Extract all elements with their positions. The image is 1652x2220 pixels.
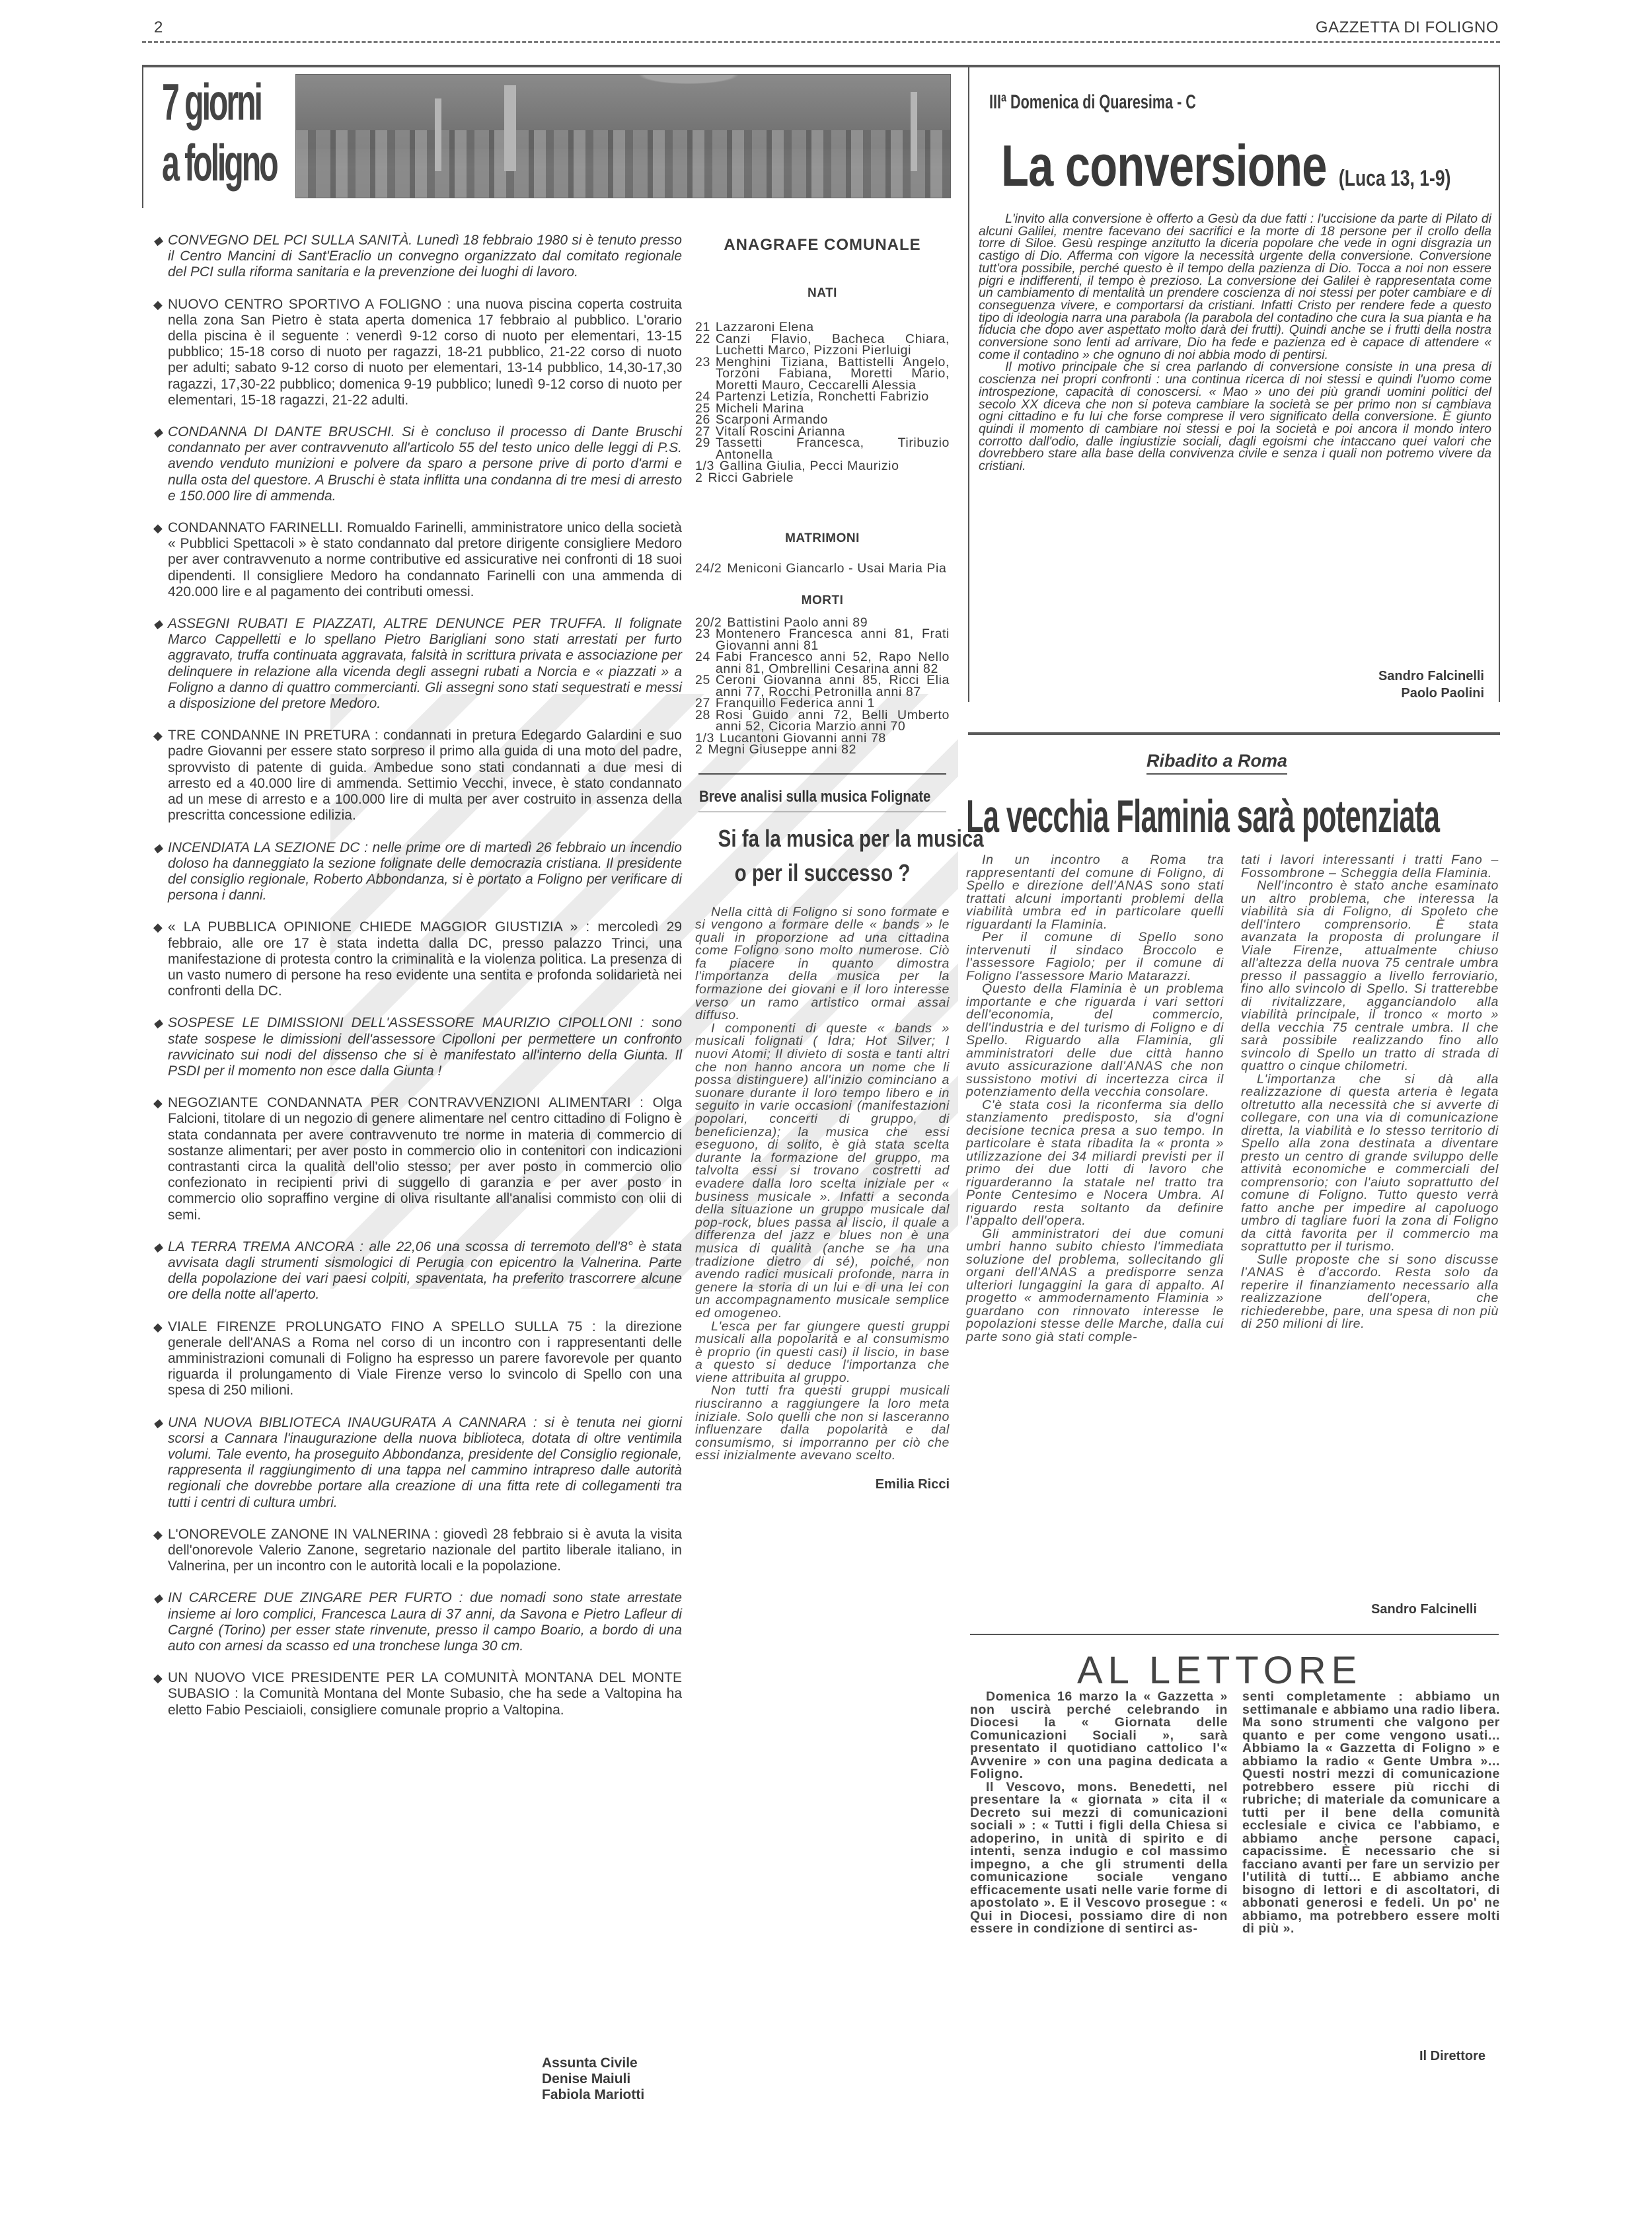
diamond-bullet-icon: ◆ <box>153 1590 163 1606</box>
entry-names: Menghini Tiziana, Battistelli Angelo, To… <box>716 357 950 392</box>
conversione-title-text: La conversione <box>1001 133 1327 198</box>
news-text: la Comunità Montana del Monte Subasio, c… <box>168 1686 682 1717</box>
diamond-bullet-icon: ◆ <box>153 840 163 856</box>
musica-paragraph: Nella città di Foligno si sono formate e… <box>695 906 950 1022</box>
lettore-signature: Il Direttore <box>1419 2049 1485 2064</box>
flaminia-paragraph: Questo della Flaminia è un problema impo… <box>966 983 1224 1099</box>
lettore-column-1: Domenica 16 marzo la « Gazzetta » non us… <box>970 1691 1228 1936</box>
news-item: ◆INCENDIATA LA SEZIONE DC : nelle prime … <box>153 840 682 904</box>
conversione-bottom-rule <box>968 732 1500 735</box>
matrimoni-list: 24/2Meniconi Giancarlo - Usai Maria Pia <box>695 563 950 575</box>
author-name: Assunta Civile <box>542 2055 644 2071</box>
giorni-title: 7 giorni a foligno <box>162 71 229 193</box>
entry-date: 23 <box>695 629 716 652</box>
entry-date: 2 <box>695 744 708 756</box>
news-text: Olga Falcioni, titolare di un negozio di… <box>168 1095 682 1222</box>
diamond-bullet-icon: ◆ <box>153 1239 163 1255</box>
entry-date: 2 <box>695 473 708 484</box>
morti-heading: MORTI <box>695 593 950 608</box>
diamond-bullet-icon: ◆ <box>153 1670 163 1686</box>
registry-entry: 23Menghini Tiziana, Battistelli Angelo, … <box>695 357 950 392</box>
nati-list: 21Lazzaroni Elena22Canzi Flavio, Bacheca… <box>695 322 950 484</box>
musica-title-line1: Si fa la musica per la musica <box>718 822 927 856</box>
news-headline: L'ONOREVOLE ZANONE IN VALNERINA : <box>168 1527 438 1542</box>
diamond-bullet-icon: ◆ <box>153 1015 163 1031</box>
news-text: una nuova piscina coperta costruita nell… <box>168 297 682 408</box>
news-headline: CONDANNATO FARINELLI. <box>168 520 343 535</box>
entry-names: Fabi Francesco anni 52, Rapo Nello anni … <box>716 652 950 675</box>
news-item: ◆UN NUOVO VICE PRESIDENTE PER LA COMUNIT… <box>153 1670 682 1718</box>
musica-title-line2: o per il successo ? <box>718 856 927 890</box>
entry-date: 22 <box>695 334 716 357</box>
news-headline: UNA NUOVA BIBLIOTECA INAUGURATA A CANNAR… <box>168 1415 537 1430</box>
entry-date: 25 <box>695 675 716 698</box>
musica-paragraph: L'esca per far giungere questi gruppi mu… <box>695 1321 950 1385</box>
flaminia-paragraph: In un incontro a Roma tra rappresentanti… <box>966 854 1224 931</box>
news-headline: TRE CONDANNE IN PRETURA : <box>168 728 379 743</box>
entry-date: 24 <box>695 652 716 675</box>
conversione-kicker: IIIª Domenica di Quaresima - C <box>989 91 1196 114</box>
diamond-bullet-icon: ◆ <box>153 1095 163 1111</box>
registry-entry: 29Tassetti Francesca, Tiribuzio Antonell… <box>695 438 950 461</box>
conversione-signature: Sandro Falcinelli Paolo Paolini <box>1378 668 1484 702</box>
news-item: ◆NEGOZIANTE CONDANNATA PER CONTRAVVENZIO… <box>153 1095 682 1223</box>
flaminia-column-2: tati i lavori interessanti i tratti Fano… <box>1241 854 1499 1331</box>
news-headline: IN CARCERE DUE ZINGARE PER FURTO : <box>168 1590 463 1605</box>
flaminia-paragraph: Per il comune di Spello sono intervenuti… <box>966 931 1224 983</box>
entry-date: 24/2 <box>695 563 727 575</box>
flaminia-kicker: Ribadito a Roma <box>1146 751 1287 775</box>
flaminia-signature: Sandro Falcinelli <box>1371 1602 1477 1617</box>
nati-heading: NATI <box>695 286 950 301</box>
musica-body: Nella città di Foligno si sono formate e… <box>695 906 950 1463</box>
diamond-bullet-icon: ◆ <box>153 919 163 935</box>
author-name: Paolo Paolini <box>1378 685 1484 702</box>
entry-names: Canzi Flavio, Bacheca Chiara, Luchetti M… <box>716 334 950 357</box>
morti-list: 20/2Battistini Paolo anni 8923Montenero … <box>695 617 950 756</box>
page-number: 2 <box>154 19 163 37</box>
conversione-title: La conversione (Luca 13, 1-9) <box>1001 132 1450 200</box>
entry-names: Megni Giuseppe anni 82 <box>708 744 950 756</box>
diamond-bullet-icon: ◆ <box>153 1527 163 1543</box>
news-item: ◆TRE CONDANNE IN PRETURA : condannati in… <box>153 728 682 823</box>
entry-names: Meniconi Giancarlo - Usai Maria Pia <box>727 563 950 575</box>
lettore-paragraph: senti completamente : abbiamo un settima… <box>1242 1691 1500 1936</box>
news-headline: NEGOZIANTE CONDANNATA PER CONTRAVVENZION… <box>168 1095 644 1110</box>
flaminia-paragraph: tati i lavori interessanti i tratti Fano… <box>1241 854 1499 880</box>
registry-entry: 24/2Meniconi Giancarlo - Usai Maria Pia <box>695 563 950 575</box>
news-headline: ASSEGNI RUBATI E PIAZZATI, ALTRE DENUNCE… <box>168 616 607 631</box>
news-item: ◆SOSPESE LE DIMISSIONI DELL'ASSESSORE MA… <box>153 1015 682 1079</box>
registry-entry: 23Montenero Francesca anni 81, Frati Gio… <box>695 629 950 652</box>
conversione-reference: (Luca 13, 1-9) <box>1339 166 1451 191</box>
entry-names: Rosi Guido anni 72, Belli Umberto anni 5… <box>716 710 950 733</box>
kicker-underline <box>698 812 946 812</box>
diamond-bullet-icon: ◆ <box>153 616 163 632</box>
cathedral-tower-icon <box>504 85 516 171</box>
flaminia-paragraph: Nell'incontro è stato anche esaminato un… <box>1241 880 1499 1073</box>
news-signature: Assunta Civile Denise Maiuli Fabiola Mar… <box>542 2055 644 2103</box>
news-headline: CONVEGNO DEL PCI SULLA SANITÀ. <box>168 233 412 248</box>
registry-entry: 2Megni Giuseppe anni 82 <box>695 744 950 756</box>
conversione-paragraph: Il motivo principale che si crea parland… <box>979 361 1491 472</box>
news-item: ◆UNA NUOVA BIBLIOTECA INAUGURATA A CANNA… <box>153 1415 682 1511</box>
news-headline: VIALE FIRENZE PROLUNGATO FINO A SPELLO S… <box>168 1319 596 1334</box>
musica-signature: Emilia Ricci <box>695 1477 950 1492</box>
entry-date: 28 <box>695 710 716 733</box>
news-item: ◆CONDANNATO FARINELLI. Romualdo Farinell… <box>153 520 682 600</box>
town-rooftops <box>296 130 950 198</box>
flaminia-paragraph: C'è stata così la riconferma sia dello s… <box>966 1099 1224 1228</box>
lettore-paragraph: Il Vescovo, mons. Benedetti, nel present… <box>970 1781 1228 1936</box>
news-headline: LA TERRA TREMA ANCORA : <box>168 1239 363 1254</box>
conversione-body: L'invito alla conversione è offerto a Ge… <box>979 213 1491 473</box>
news-item: ◆L'ONOREVOLE ZANONE IN VALNERINA : giove… <box>153 1527 682 1575</box>
masthead: GAZZETTA DI FOLIGNO <box>1316 19 1499 37</box>
church-spire-icon <box>911 92 917 171</box>
registry-entry: 22Canzi Flavio, Bacheca Chiara, Luchetti… <box>695 334 950 357</box>
registry-entry: 2Ricci Gabriele <box>695 473 950 484</box>
entry-date: 29 <box>695 438 716 461</box>
header-divider <box>142 41 1500 43</box>
registry-entry: 25Ceroni Giovanna anni 85, Ricci Elia an… <box>695 675 950 698</box>
panorama-photo <box>295 74 951 198</box>
conversione-paragraph: L'invito alla conversione è offerto a Ge… <box>979 213 1491 361</box>
musica-kicker: Breve analisi sulla musica Folignate <box>699 788 912 806</box>
diamond-bullet-icon: ◆ <box>153 1415 163 1431</box>
anagrafe-title: ANAGRAFE COMUNALE <box>695 236 950 254</box>
diamond-bullet-icon: ◆ <box>153 424 163 440</box>
anagrafe-column: ANAGRAFE COMUNALE NATI 21Lazzaroni Elena… <box>695 233 950 1492</box>
author-name: Fabiola Mariotti <box>542 2087 644 2103</box>
matrimoni-heading: MATRIMONI <box>695 531 950 546</box>
entry-names: Montenero Francesca anni 81, Frati Giova… <box>716 629 950 652</box>
news-item: ◆IN CARCERE DUE ZINGARE PER FURTO : due … <box>153 1590 682 1654</box>
news-column: ◆CONVEGNO DEL PCI SULLA SANITÀ. Lunedì 1… <box>153 233 682 1734</box>
news-item: ◆LA TERRA TREMA ANCORA : alle 22,06 una … <box>153 1239 682 1303</box>
news-headline: INCENDIATA LA SEZIONE DC : <box>168 840 368 855</box>
author-name: Sandro Falcinelli <box>1378 668 1484 685</box>
conversione-article: IIIª Domenica di Quaresima - C La conver… <box>968 66 1500 702</box>
news-headline: CONDANNA DI DANTE BRUSCHI. <box>168 424 395 440</box>
lettore-column-2: senti completamente : abbiamo un settima… <box>1242 1691 1500 1936</box>
diamond-bullet-icon: ◆ <box>153 728 163 744</box>
giorni-header: 7 giorni a foligno <box>142 66 961 208</box>
musica-title: Si fa la musica per la musica o per il s… <box>718 822 927 890</box>
news-item: ◆CONVEGNO DEL PCI SULLA SANITÀ. Lunedì 1… <box>153 233 682 281</box>
lettore-title: AL LETTORE <box>1077 1648 1362 1693</box>
news-headline: SOSPESE LE DIMISSIONI DELL'ASSESSORE MAU… <box>168 1015 644 1030</box>
flaminia-paragraph: Gli amministratori dei due comuni umbri … <box>966 1228 1224 1344</box>
flaminia-column-1: In un incontro a Roma tra rappresentanti… <box>966 854 1224 1344</box>
lettore-top-rule <box>970 1634 1499 1635</box>
musica-paragraph: I componenti di queste « bands » musical… <box>695 1022 950 1321</box>
diamond-bullet-icon: ◆ <box>153 233 163 249</box>
diamond-bullet-icon: ◆ <box>153 297 163 313</box>
entry-names: Tassetti Francesca, Tiribuzio Antonella <box>716 438 950 461</box>
diamond-bullet-icon: ◆ <box>153 1319 163 1335</box>
bell-tower-icon <box>435 98 441 171</box>
author-name: Denise Maiuli <box>542 2071 644 2087</box>
registry-entry: 24Fabi Francesco anni 52, Rapo Nello ann… <box>695 652 950 675</box>
musica-paragraph: Non tutti fra questi gruppi musicali riu… <box>695 1385 950 1463</box>
giorni-title-line2: a foligno <box>162 132 229 193</box>
flaminia-title: La vecchia Flaminia sarà potenziata <box>966 790 1439 843</box>
entry-names: Ricci Gabriele <box>708 473 950 484</box>
lettore-paragraph: Domenica 16 marzo la « Gazzetta » non us… <box>970 1691 1228 1781</box>
news-headline: NUOVO CENTRO SPORTIVO A FOLIGNO : <box>168 297 451 312</box>
news-item: ◆VIALE FIRENZE PROLUNGATO FINO A SPELLO … <box>153 1319 682 1399</box>
news-item: ◆NUOVO CENTRO SPORTIVO A FOLIGNO : una n… <box>153 297 682 408</box>
giorni-title-line1: 7 giorni <box>162 71 229 132</box>
news-item: ◆« LA PUBBLICA OPINIONE CHIEDE MAGGIOR G… <box>153 919 682 999</box>
flaminia-paragraph: L'importanza che si dà alla realizzazion… <box>1241 1073 1499 1254</box>
news-headline: « LA PUBBLICA OPINIONE CHIEDE MAGGIOR GI… <box>168 919 589 935</box>
news-item: ◆CONDANNA DI DANTE BRUSCHI. Si è conclus… <box>153 424 682 504</box>
section-divider <box>698 773 946 775</box>
entry-names: Ceroni Giovanna anni 85, Ricci Elia anni… <box>716 675 950 698</box>
entry-date: 23 <box>695 357 716 392</box>
diamond-bullet-icon: ◆ <box>153 520 163 536</box>
news-item: ◆ASSEGNI RUBATI E PIAZZATI, ALTRE DENUNC… <box>153 616 682 712</box>
flaminia-paragraph: Sulle proposte che si sono discusse l'AN… <box>1241 1254 1499 1331</box>
registry-entry: 28Rosi Guido anni 72, Belli Umberto anni… <box>695 710 950 733</box>
